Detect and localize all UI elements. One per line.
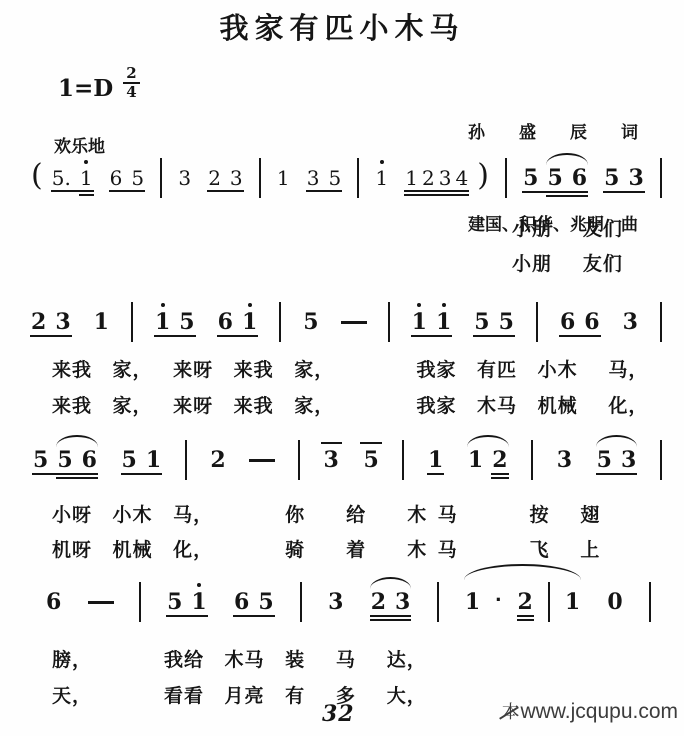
note-digit: 2: [31, 311, 46, 333]
note-digit: 2: [208, 168, 221, 188]
barline: [300, 582, 302, 622]
note: 6: [571, 167, 588, 189]
note: 5: [178, 311, 195, 333]
note-digit: 5: [167, 591, 182, 613]
beam-underline: [306, 190, 342, 192]
jcqupu-logo-icon: 本: [501, 703, 519, 721]
lyric-line: 小呀 小木 马， 你 给 木 马 按 翅: [52, 500, 600, 527]
slur-arc: [370, 577, 412, 589]
note-digit: 1: [428, 449, 443, 471]
note-group: 12: [467, 449, 509, 471]
note: 5: [498, 311, 515, 333]
note: 3: [54, 311, 71, 333]
note-digit: 1: [94, 311, 109, 333]
note-group: 66: [559, 311, 601, 333]
note-digit: 5: [131, 168, 144, 188]
beam-underline: [32, 473, 98, 475]
beam-underline: [491, 473, 508, 475]
parenthesis: ): [476, 164, 490, 188]
note-digit: 6: [82, 449, 97, 471]
note: 3: [620, 449, 637, 471]
key-time-signature: 1=D 2 4: [58, 70, 140, 107]
note-group: 23: [207, 168, 243, 188]
note-group: 1234): [404, 166, 490, 190]
beam-underline: [473, 335, 515, 337]
note-digit: 5: [474, 311, 489, 333]
overline: [321, 442, 342, 444]
note-digit: 5: [33, 449, 48, 471]
note: 2: [517, 591, 534, 613]
note: 3: [556, 449, 573, 471]
note-digit: 2: [518, 591, 533, 613]
barline: [185, 440, 187, 480]
note: 3: [438, 168, 453, 188]
note: 5: [166, 591, 183, 613]
beam-underline: [370, 615, 412, 617]
note: 4: [454, 168, 469, 188]
note: 1: [467, 449, 484, 471]
note-digit: 6: [584, 311, 599, 333]
barline: [505, 158, 507, 198]
note-group: 556: [522, 167, 588, 189]
music-line-1: (5.16532313511234)55653: [30, 155, 662, 201]
note-digit: 6: [572, 167, 587, 189]
note-digit: 5: [179, 311, 194, 333]
note-group: 51: [121, 449, 163, 471]
beam-underline: [30, 335, 72, 337]
note-digit: 3: [623, 311, 638, 333]
sheet-music-page: 我家有匹小木马 1=D 2 4 孙 盛 辰 词 建国、积华、兆明 曲 欢乐地 (…: [0, 0, 684, 736]
note-group: 56: [546, 167, 588, 189]
note: 5: [603, 167, 620, 189]
barline: [298, 440, 300, 480]
beam-underline: [404, 190, 469, 192]
note: 3: [323, 449, 340, 471]
note-digit: 2: [422, 168, 435, 188]
note: 5: [130, 168, 145, 188]
note-digit: 5: [523, 167, 538, 189]
octave-dot: [197, 583, 201, 587]
note: 5.: [51, 168, 72, 188]
beam-underline: [109, 190, 145, 192]
note: 1: [564, 591, 581, 613]
note-group: 35: [306, 168, 342, 188]
note: 5: [257, 591, 274, 613]
page-number: 32: [322, 701, 355, 727]
duration-dash: [88, 601, 114, 604]
beam-underline: [491, 477, 508, 479]
beam-underline: [217, 335, 259, 337]
note-digit: 0: [607, 591, 622, 613]
barline: [160, 158, 162, 198]
note-digit: 5: [499, 311, 514, 333]
note: 2: [207, 168, 222, 188]
note-group: 23: [30, 311, 72, 333]
note-group: 11: [411, 311, 453, 333]
barline: [437, 582, 439, 622]
note: 5: [32, 449, 49, 471]
note-digit: 4: [455, 168, 468, 188]
lyric-line: 膀， 我给 木马 装 马 达，: [52, 645, 427, 672]
beam-underline: [207, 190, 243, 192]
note: 1: [276, 168, 291, 188]
octave-dot: [248, 303, 252, 307]
note-digit: 1: [405, 168, 418, 188]
watermark: 本 www.jcqupu.com: [501, 700, 678, 724]
beam-underline: [559, 335, 601, 337]
barline: [131, 302, 133, 342]
note-group: 53: [596, 449, 638, 471]
note-digit: 6: [46, 591, 61, 613]
note: 6: [81, 449, 98, 471]
key-signature: 1=D: [58, 75, 113, 102]
note-digit: 1: [412, 311, 427, 333]
lyric-line: 天， 看看 月亮 有 多 大，: [52, 681, 427, 708]
note-digit: 2: [371, 591, 386, 613]
tempo-marking: 欢乐地: [54, 132, 105, 157]
octave-dot: [380, 160, 384, 164]
note-digit: 1: [468, 449, 483, 471]
barline: [660, 158, 662, 198]
note-digit: 1: [277, 168, 290, 188]
note-digit: 5: [597, 449, 612, 471]
note: 5: [473, 311, 490, 333]
note-digit: 3: [395, 591, 410, 613]
note: 3: [229, 168, 244, 188]
octave-dot: [84, 160, 88, 164]
note-digit: 1: [565, 591, 580, 613]
tie-group: 1·21: [464, 582, 581, 622]
barline: [660, 302, 662, 342]
note-digit: 1: [146, 449, 161, 471]
note-digit: 1: [242, 311, 257, 333]
note-group: 15: [154, 311, 196, 333]
note: 3: [627, 167, 644, 189]
lyricist-credit: 孙 盛 辰 词: [468, 118, 638, 149]
note: 3: [622, 311, 639, 333]
parenthesis: (: [30, 164, 44, 188]
note-digit: 1: [465, 591, 480, 613]
beam-underline: [411, 335, 453, 337]
note-digit: 6: [234, 591, 249, 613]
note: 5: [302, 311, 319, 333]
note: 5: [327, 168, 342, 188]
time-signature-denominator: 4: [126, 84, 136, 101]
beam-underline: [233, 615, 275, 617]
note-digit: 5: [328, 168, 341, 188]
note: 1: [427, 449, 444, 471]
beam-underline: [517, 619, 534, 621]
watermark-url: www.jcqupu.com: [520, 700, 678, 724]
note-digit: 3: [324, 449, 339, 471]
note: 5: [362, 449, 379, 471]
note: 1: [464, 591, 481, 613]
note-group: 56: [56, 449, 98, 471]
lyric-line: 小朋 友们: [512, 214, 623, 241]
barline: [357, 158, 359, 198]
beam-underline: [517, 615, 534, 617]
barline: [548, 582, 550, 622]
note-digit: 6: [110, 168, 123, 188]
note-digit: 3: [628, 167, 643, 189]
note-digit: 1: [80, 168, 93, 188]
time-signature: 2 4: [123, 65, 139, 102]
note-digit: 1: [375, 168, 388, 188]
slur-arc: [464, 564, 581, 580]
note-digit: 2: [492, 449, 507, 471]
duration-dash: [341, 321, 367, 324]
beam-underline: [603, 191, 645, 193]
note: 1: [154, 311, 171, 333]
note-digit: 3: [178, 168, 191, 188]
beam-underline: [404, 194, 469, 196]
note-group: 5.1: [51, 168, 94, 188]
octave-dot: [161, 303, 165, 307]
beam-underline: [546, 195, 588, 197]
song-title: 我家有匹小木马: [0, 6, 684, 47]
octave-dot: [417, 303, 421, 307]
note: 6: [109, 168, 124, 188]
slur-arc: [596, 435, 638, 447]
barline: [649, 582, 651, 622]
lyric-line: 来我 家， 来呀 来我 家， 我家 木马 机械 化，: [52, 391, 648, 418]
overline: [360, 442, 381, 444]
time-signature-numerator: 2: [123, 65, 139, 84]
note: 6: [233, 591, 250, 613]
barline: [139, 582, 141, 622]
note-digit: 3: [55, 311, 70, 333]
slur-arc: [56, 435, 98, 447]
note: 0: [606, 591, 623, 613]
note-digit: 1: [436, 311, 451, 333]
note-digit: 6: [560, 311, 575, 333]
note: 1: [190, 591, 207, 613]
note-digit: 5: [363, 449, 378, 471]
note-digit: 3: [557, 449, 572, 471]
note: 2: [30, 311, 47, 333]
note: 3: [327, 591, 344, 613]
note-group: 65: [109, 168, 145, 188]
slur-arc: [546, 153, 588, 165]
barline: [660, 440, 662, 480]
beam-underline: [56, 477, 98, 479]
note: 3: [394, 591, 411, 613]
note: 5: [522, 167, 539, 189]
barline: [536, 302, 538, 342]
note-digit: 5: [122, 449, 137, 471]
note: 3: [306, 168, 321, 188]
barline: [388, 302, 390, 342]
note-group: 1234: [404, 168, 469, 188]
note: 6: [559, 311, 576, 333]
note-group: 61: [217, 311, 259, 333]
note-digit: 3: [328, 591, 343, 613]
note: 1: [435, 311, 452, 333]
note: 5: [121, 449, 138, 471]
beam-underline: [154, 335, 196, 337]
note-digit: 5: [303, 311, 318, 333]
beam-underline: [51, 190, 94, 192]
note-group: 23: [370, 591, 412, 613]
note-digit: 3: [439, 168, 452, 188]
note: 5: [596, 449, 613, 471]
note-digit: 1: [191, 591, 206, 613]
beam-underline: [427, 473, 444, 475]
barline: [259, 158, 261, 198]
slur-arc: [467, 435, 509, 447]
note-digit: 3: [621, 449, 636, 471]
lyric-line: 来我 家， 来呀 来我 家， 我家 有匹 小木 马，: [52, 355, 648, 382]
music-line-4: 651653231·210: [45, 579, 651, 625]
note-group: 55: [473, 311, 515, 333]
note: 2: [209, 449, 226, 471]
lyric-line: 机呀 机械 化， 骑 着 木 马 飞 上: [52, 535, 600, 562]
note-digit: 5: [604, 167, 619, 189]
beam-underline: [522, 191, 588, 193]
barline: [531, 440, 533, 480]
note-digit: 5: [547, 167, 562, 189]
barline: [279, 302, 281, 342]
note: 6: [217, 311, 234, 333]
barline: [402, 440, 404, 480]
note: 2: [370, 591, 387, 613]
beam-underline: [370, 619, 412, 621]
augmentation-dot: ·: [495, 589, 502, 611]
beam-underline: [596, 473, 638, 475]
note: 3: [177, 168, 192, 188]
note: 1: [241, 311, 258, 333]
note-group: 556: [32, 449, 98, 471]
note-digit: 5.: [52, 168, 71, 188]
note: 1: [79, 168, 94, 188]
note-group: 65: [233, 591, 275, 613]
note-digit: 1: [155, 311, 170, 333]
note: 2: [491, 449, 508, 471]
lyric-line: 小朋 友们: [512, 249, 623, 276]
note: 1: [93, 311, 110, 333]
beam-underline: [121, 473, 163, 475]
note-digit: 6: [218, 311, 233, 333]
note-digit: 3: [230, 168, 243, 188]
note: 6: [45, 591, 62, 613]
note-group: 53: [603, 167, 645, 189]
note-digit: 5: [57, 449, 72, 471]
note: 2: [421, 168, 436, 188]
note-digit: 5: [258, 591, 273, 613]
note: 1: [374, 168, 389, 188]
note: 5: [546, 167, 563, 189]
duration-dash: [249, 459, 275, 462]
note: 1: [145, 449, 162, 471]
beam-underline: [79, 194, 94, 196]
note-digit: 3: [307, 168, 320, 188]
note: 1: [404, 168, 419, 188]
note: 1: [411, 311, 428, 333]
music-line-2: 231156151155663: [30, 299, 662, 345]
note: 5: [56, 449, 73, 471]
octave-dot: [442, 303, 446, 307]
music-line-3: 55651235112353: [32, 437, 662, 483]
note-group: 51: [166, 591, 208, 613]
beam-underline: [166, 615, 208, 617]
note: 6: [583, 311, 600, 333]
note-group: (5.1: [30, 166, 94, 190]
note-digit: 2: [210, 449, 225, 471]
